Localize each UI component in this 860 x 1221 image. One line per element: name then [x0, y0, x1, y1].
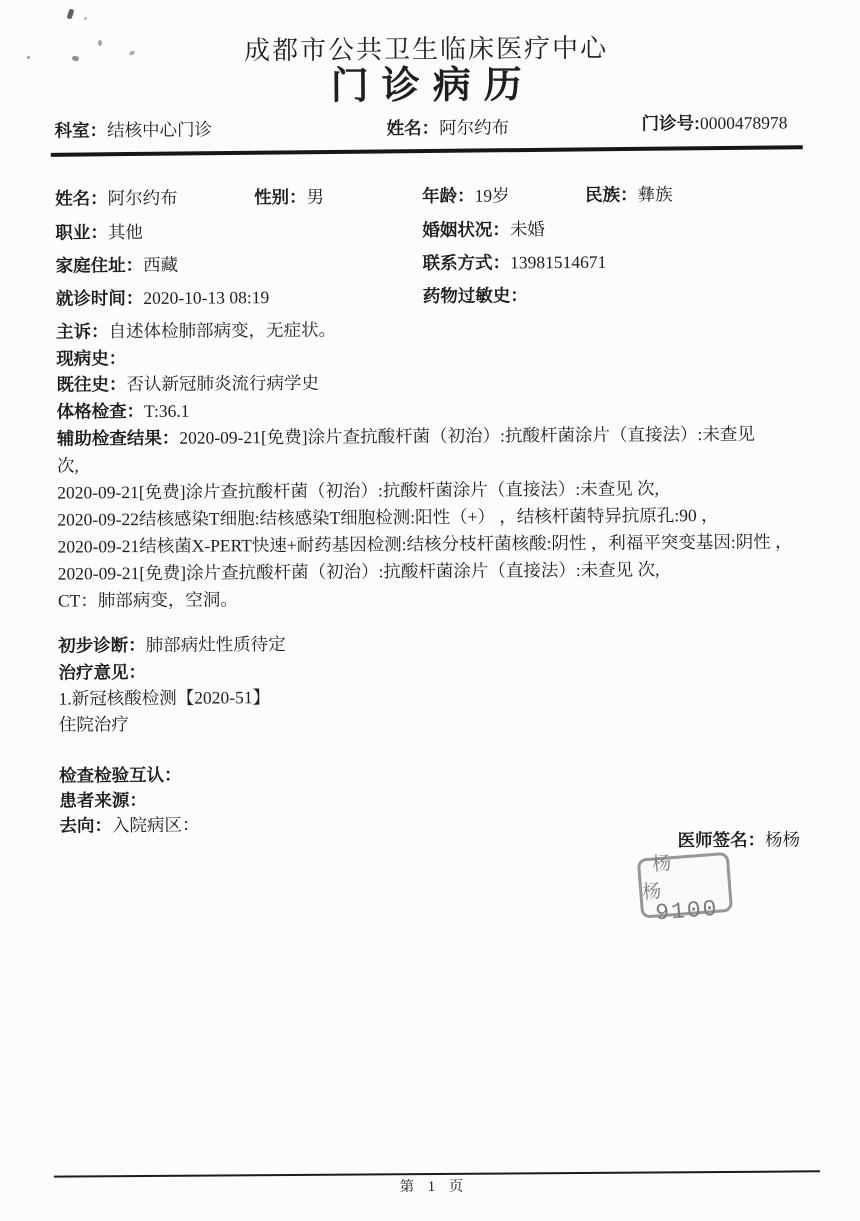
field-visit-number: 门诊号:0000478978 [642, 112, 788, 134]
diagnosis-value: 肺部病灶性质待定 [146, 634, 286, 655]
field-physical-exam: 体格检查：T:36.1 [57, 401, 190, 423]
present-illness-label: 现病史： [56, 348, 126, 368]
field-preliminary-diagnosis: 初步诊断：肺部病灶性质待定 [58, 634, 286, 657]
field-patient-source: 患者来源： [59, 790, 147, 812]
address-value: 西藏 [143, 255, 178, 275]
field-department: 科室：结核中心门诊 [55, 120, 213, 142]
field-mutual-recognition: 检查检验互认： [59, 765, 182, 787]
marital-label: 婚姻状况： [422, 219, 510, 240]
mutual-recognition-label: 检查检验互认： [59, 765, 182, 786]
aux-results-line-2: 次, [57, 455, 79, 476]
age-value: 19岁 [475, 185, 510, 205]
visit-number-label: 门诊号: [642, 113, 700, 133]
field-treatment-opinion: 治疗意见： [58, 662, 146, 684]
aux-results-line-1: 2020-09-21[免费]涂片查抗酸杆菌（初治）:抗酸杆菌涂片（直接法）:未查… [179, 424, 755, 448]
address-label: 家庭住址： [56, 255, 144, 276]
patient-name-label: 姓名： [55, 188, 108, 208]
aux-results-line-3: 2020-09-21[免费]涂片查抗酸杆菌（初治）:抗酸杆菌涂片（直接法）:未查… [57, 478, 659, 503]
past-history-value: 否认新冠肺炎流行病学史 [126, 373, 319, 394]
department-label: 科室： [55, 120, 108, 140]
field-home-address: 家庭住址：西藏 [56, 255, 179, 277]
field-header-name: 姓名：阿尔约布 [387, 117, 510, 139]
field-age: 年龄：19岁 [422, 185, 510, 207]
header-name-label: 姓名： [387, 118, 440, 138]
patient-source-label: 患者来源： [59, 790, 147, 811]
field-visit-time: 就诊时间：2020-10-13 08:19 [56, 287, 270, 309]
header-name-value: 阿尔约布 [439, 117, 509, 137]
ethnicity-value: 彝族 [638, 184, 673, 204]
occupation-value: 其他 [108, 222, 143, 242]
contact-value: 13981514671 [510, 252, 606, 273]
stamp-number-text: 9100 [654, 895, 719, 926]
physician-stamp: 杨 杨 9100 [637, 852, 733, 919]
age-label: 年龄： [422, 186, 475, 206]
treatment-line-2: 住院治疗 [59, 714, 129, 735]
chief-complaint-value: 自述体检肺部病变，无症状。 [108, 320, 336, 342]
scanned-outpatient-record-page: 成都市公共卫生临床医疗中心 门诊病历 科室：结核中心门诊 姓名：阿尔约布 门诊号… [0, 0, 860, 1221]
field-drug-allergy: 药物过敏史： [423, 285, 528, 307]
visit-number-value: 0000478978 [700, 112, 788, 133]
sex-value: 男 [307, 187, 325, 207]
visit-time-label: 就诊时间： [56, 288, 144, 309]
field-ethnicity: 民族：彝族 [585, 184, 673, 206]
ethnicity-label: 民族： [585, 185, 638, 205]
aux-results-label: 辅助检查结果： [57, 428, 180, 449]
sex-label: 性别： [254, 187, 307, 207]
treatment-opinion-label: 治疗意见： [58, 662, 146, 683]
visit-time-value: 2020-10-13 08:19 [143, 287, 269, 308]
page-number: 第 1 页 [4, 1176, 860, 1199]
physical-exam-value: T:36.1 [144, 401, 189, 421]
field-patient-name: 姓名：阿尔约布 [55, 188, 178, 210]
field-present-illness: 现病史： [56, 348, 126, 369]
occupation-label: 职业： [55, 222, 108, 242]
diagnosis-label: 初步诊断： [58, 635, 146, 656]
field-occupation: 职业：其他 [55, 222, 143, 244]
field-destination: 去向：入院病区： [59, 815, 199, 837]
allergy-label: 药物过敏史： [423, 285, 528, 306]
marital-value: 未婚 [510, 219, 545, 239]
destination-label: 去向： [59, 815, 112, 835]
physician-signature-value: 杨杨 [765, 829, 800, 849]
field-contact: 联系方式：13981514671 [423, 252, 607, 274]
destination-value: 入院病区： [112, 815, 200, 836]
ct-result-line: CT：肺部病变，空洞。 [58, 589, 238, 611]
aux-results-line-5: 2020-09-21结核菌X-PERT快速+耐药基因检测:结核分枝杆菌核酸:阴性… [57, 531, 792, 557]
header-divider-line [51, 145, 803, 156]
department-value: 结核中心门诊 [107, 120, 212, 141]
field-marital-status: 婚姻状况：未婚 [422, 219, 545, 241]
aux-results-line-4: 2020-09-22结核感染T细胞:结核感染T细胞检测:阳性（+） ，结核杆菌特… [57, 505, 718, 531]
treatment-line-1: 1.新冠核酸检测【2020-51】 [59, 687, 271, 709]
patient-name-value: 阿尔约布 [108, 188, 178, 208]
aux-results-line-6: 2020-09-21[免费]涂片查抗酸杆菌（初治）:抗酸杆菌涂片（直接法）:未查… [58, 559, 660, 584]
chief-complaint-label: 主诉： [56, 321, 109, 341]
past-history-label: 既往史： [56, 374, 126, 394]
field-sex: 性别：男 [254, 187, 324, 208]
document-sheet: 成都市公共卫生临床医疗中心 门诊病历 科室：结核中心门诊 姓名：阿尔约布 门诊号… [0, 0, 860, 1221]
contact-label: 联系方式： [423, 252, 511, 273]
field-aux-results: 辅助检查结果：2020-09-21[免费]涂片查抗酸杆菌（初治）:抗酸杆菌涂片（… [57, 424, 755, 450]
field-chief-complaint: 主诉：自述体检肺部病变，无症状。 [56, 320, 336, 343]
physical-exam-label: 体格检查： [57, 401, 145, 422]
document-title: 门诊病历 [0, 61, 856, 113]
field-past-history: 既往史：否认新冠肺炎流行病学史 [56, 373, 319, 396]
